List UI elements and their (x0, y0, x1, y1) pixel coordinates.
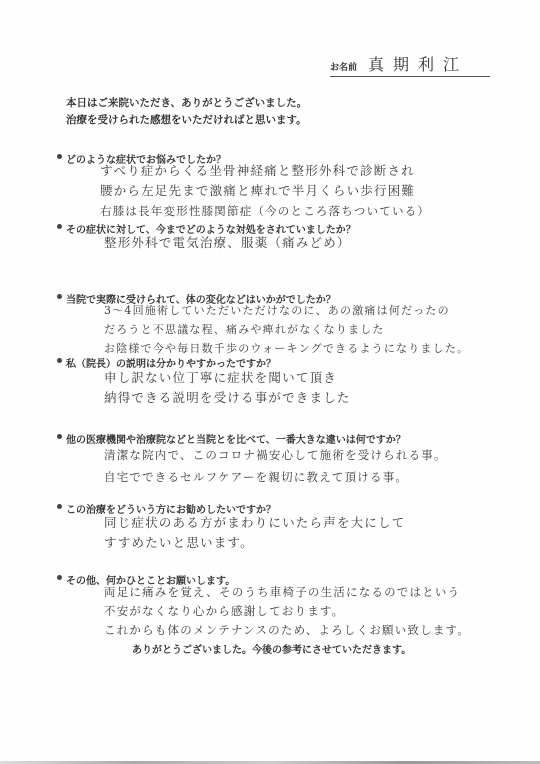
bullet-icon (57, 575, 62, 580)
bullet-icon (57, 358, 62, 363)
answer-line: すすめたいと思います。 (104, 533, 405, 553)
intro-line-2: 治療を受けられた感想をいただければと思います。 (66, 112, 307, 129)
bullet-icon (57, 434, 62, 439)
answer-recommend: 同じ症状のある方がまわりにいたら声を大にして すすめたいと思います。 (104, 513, 405, 553)
bullet-icon (57, 154, 62, 159)
answer-line: 自宅でできるセルフケアーを親切に教えて頂ける事。 (104, 466, 447, 488)
answer-symptoms: すべり症からくる坐骨神経痛と整形外科で診断され 腰から左足先まで激痛と痺れで半月… (100, 161, 430, 221)
answer-line: 申し訳ない位丁寧に症状を聞いて頂き (104, 368, 351, 388)
bullet-icon (57, 504, 62, 509)
intro-text: 本日はご来院いただき、ありがとうございました。 治療を受けられた感想をいただけれ… (66, 95, 307, 129)
name-value: 真期利江 (368, 52, 468, 75)
answer-line: 3～4回施術していただいただけなのに、あの激痛は何だったの (104, 301, 469, 320)
answer-line: 腰から左足先まで激痛と痺れで半月くらい歩行困難 (100, 181, 430, 201)
answer-differences: 清潔な院内で、このコロナ禍安心して施術を受けられる事。 自宅でできるセルフケアー… (104, 444, 447, 488)
bullet-icon (57, 224, 62, 229)
answer-other: 両足に痛みを覚え、そのうち車椅子の生活になるのではという 不安がなくなり心から感… (104, 583, 470, 640)
intro-line-1: 本日はご来院いただき、ありがとうございました。 (66, 95, 307, 112)
answer-line: 整形外科で電気治療、服薬（痛みどめ） (104, 233, 351, 253)
survey-page: お名前 真期利江 本日はご来院いただき、ありがとうございました。 治療を受けられ… (0, 0, 540, 764)
answer-line: 不安がなくなり心から感謝しております。 (104, 602, 470, 621)
answer-line: 右膝は長年変形性膝関節症（今のところ落ちついている） (100, 201, 430, 221)
bullet-icon (57, 294, 62, 299)
name-label: お名前 (330, 60, 357, 73)
answer-line: 同じ症状のある方がまわりにいたら声を大にして (104, 513, 405, 533)
answer-line: だろうと不思議な程、痛みや痺れがなくなりました (104, 320, 469, 339)
answer-line: すべり症からくる坐骨神経痛と整形外科で診断され (100, 161, 430, 181)
answer-explanation: 申し訳ない位丁寧に症状を聞いて頂き 納得できる説明を受ける事ができました (104, 368, 351, 408)
answer-line: 納得できる説明を受ける事ができました (104, 388, 351, 408)
answer-line: 清潔な院内で、このコロナ禍安心して施術を受けられる事。 (104, 444, 447, 466)
name-field: お名前 真期利江 (330, 52, 490, 77)
answer-line: 両足に痛みを覚え、そのうち車椅子の生活になるのではという (104, 583, 470, 602)
answer-prior-treatment: 整形外科で電気治療、服薬（痛みどめ） (104, 233, 351, 253)
answer-line: これからも体のメンテナンスのため、よろしくお願い致します。 (104, 621, 470, 640)
answer-body-changes: 3～4回施術していただいただけなのに、あの激痛は何だったの だろうと不思議な程、… (104, 301, 469, 358)
closing-message: ありがとうございました。今後の参考にさせていただきます。 (132, 641, 411, 656)
